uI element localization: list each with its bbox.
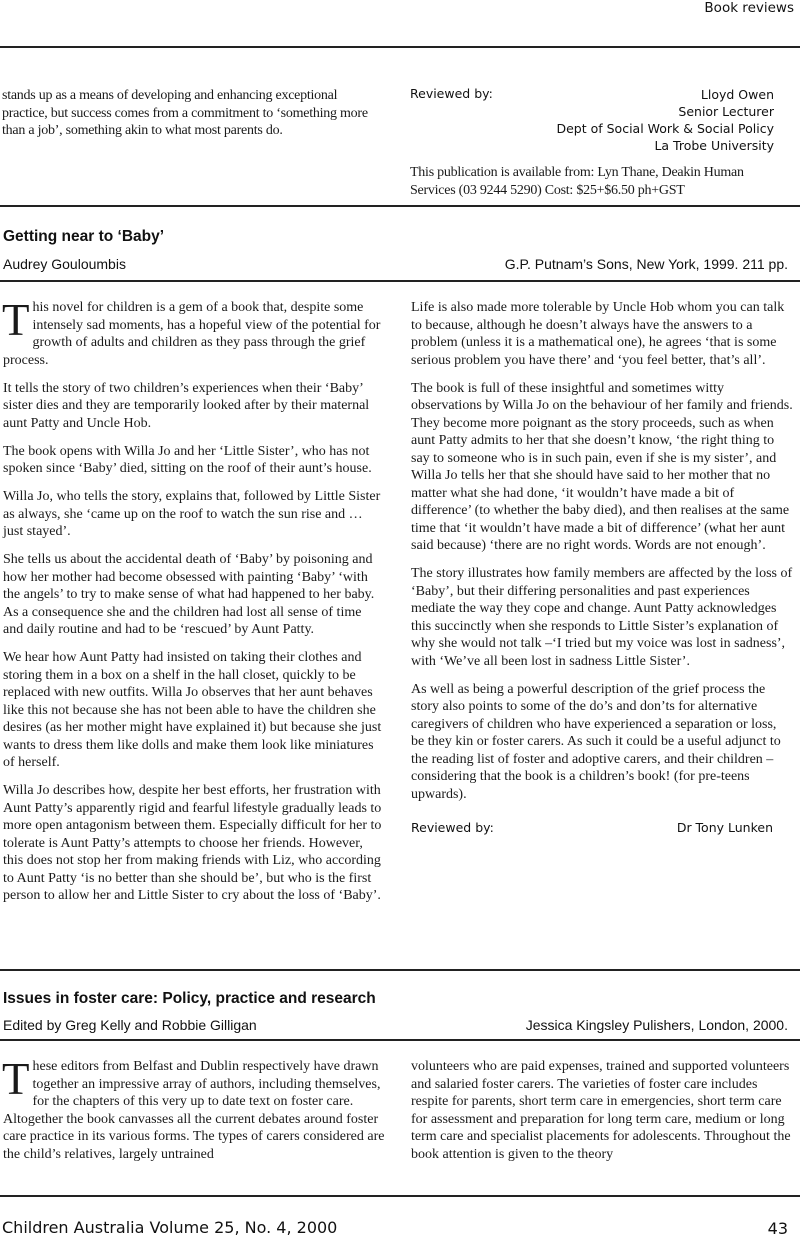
paragraph: She tells us about the accidental death … — [3, 551, 385, 639]
paragraph: This novel for children is a gem of a bo… — [3, 299, 385, 369]
paragraph: Life is also made more tolerable by Uncl… — [411, 299, 793, 369]
review2-left-column: These editors from Belfast and Dublin re… — [3, 1058, 385, 1174]
previous-review-continuation: stands up as a means of developing and e… — [2, 87, 372, 140]
paragraph: These editors from Belfast and Dublin re… — [3, 1058, 385, 1163]
previous-reviewer-block: Reviewed by: Lloyd Owen Senior Lecturer … — [410, 86, 774, 199]
availability-line-2: Services (03 9244 5290) Cost: $25+$6.50 … — [410, 182, 774, 200]
review2-right-column: volunteers who are paid expenses, traine… — [411, 1058, 793, 1174]
reviewer-name: Dr Tony Lunken — [677, 819, 773, 837]
reviewer-details: Lloyd Owen Senior Lecturer Dept of Socia… — [556, 86, 774, 154]
review-author: Edited by Greg Kelly and Robbie Gilligan — [3, 1017, 257, 1033]
header-rule — [0, 46, 800, 48]
paragraph: As well as being a powerful description … — [411, 681, 793, 804]
review1-left-column: This novel for children is a gem of a bo… — [3, 299, 385, 915]
paragraph: The story illustrates how family members… — [411, 565, 793, 670]
review1-signature: Reviewed by: Dr Tony Lunken — [411, 819, 793, 837]
title-rule — [0, 1039, 800, 1041]
review-title: Getting near to ‘Baby’ — [3, 228, 164, 246]
review1-right-column: Life is also made more tolerable by Uncl… — [411, 299, 793, 837]
paragraph-text: his novel for children is a gem of a boo… — [3, 300, 380, 368]
journal-citation: Children Australia Volume 25, No. 4, 200… — [2, 1218, 337, 1237]
review-author: Audrey Gouloumbis — [3, 256, 126, 272]
footer-rule — [0, 1195, 800, 1197]
paragraph: Willa Jo describes how, despite her best… — [3, 782, 385, 905]
reviewed-by-label: Reviewed by: — [411, 819, 494, 837]
availability-line-1: This publication is available from: Lyn … — [410, 164, 774, 182]
running-header: Book reviews — [704, 0, 794, 16]
title-rule — [0, 280, 800, 282]
review-publisher: G.P. Putnam’s Sons, New York, 1999. 211 … — [505, 256, 788, 272]
paragraph: It tells the story of two children’s exp… — [3, 380, 385, 433]
reviewer-university: La Trobe University — [556, 137, 774, 154]
page-number: 43 — [768, 1219, 788, 1238]
paragraph-text: hese editors from Belfast and Dublin res… — [3, 1059, 384, 1162]
paragraph: volunteers who are paid expenses, traine… — [411, 1058, 793, 1163]
reviewer-name: Lloyd Owen — [556, 86, 774, 103]
reviewed-by-label: Reviewed by: — [410, 86, 493, 101]
drop-cap: T — [2, 1061, 30, 1097]
paragraph: The book is full of these insightful and… — [411, 380, 793, 555]
paragraph: The book opens with Willa Jo and her ‘Li… — [3, 443, 385, 478]
section-rule — [0, 969, 800, 971]
reviewer-title: Senior Lecturer — [556, 103, 774, 120]
review-title: Issues in foster care: Policy, practice … — [3, 990, 376, 1008]
availability-note: This publication is available from: Lyn … — [410, 164, 774, 199]
drop-cap: T — [2, 302, 30, 338]
section-rule — [0, 205, 800, 207]
paragraph: We hear how Aunt Patty had insisted on t… — [3, 649, 385, 772]
review-publisher: Jessica Kingsley Pulishers, London, 2000… — [526, 1017, 788, 1033]
reviewer-dept: Dept of Social Work & Social Policy — [556, 120, 774, 137]
paragraph: Willa Jo, who tells the story, explains … — [3, 488, 385, 541]
